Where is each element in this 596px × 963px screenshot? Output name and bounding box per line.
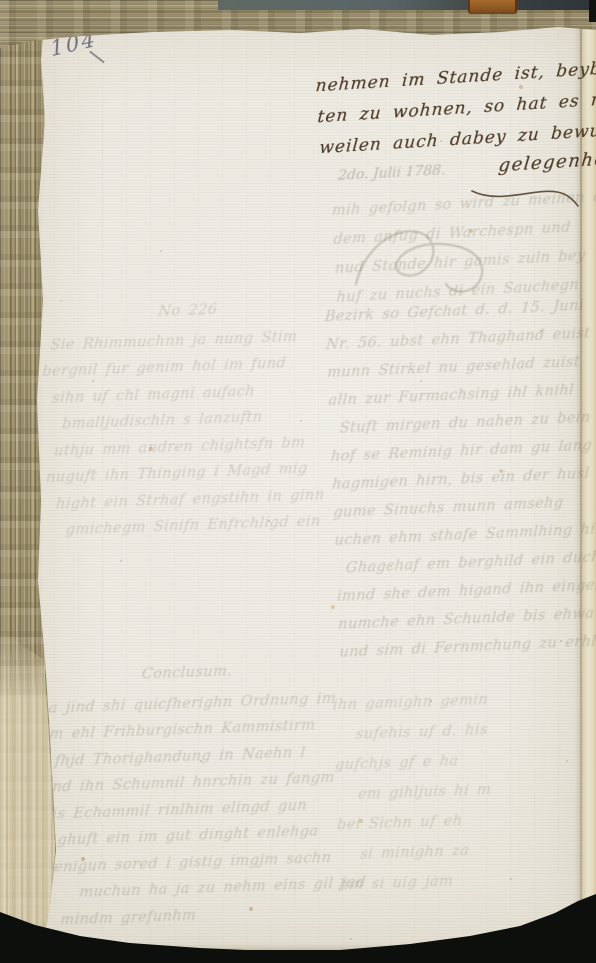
background-corner xyxy=(589,0,596,22)
ghost-conclusum-heading: Conclusum. xyxy=(141,655,331,688)
ghost-right-column-block: Bezirk so Gefchat d. d. 15. JuniNr. 56. … xyxy=(324,291,596,667)
book-photo: 104 nehmen im Stande ist, beybehalten zu… xyxy=(0,0,596,963)
ghost-flourish-swirl xyxy=(338,214,523,306)
bookmark-ribbon xyxy=(468,0,517,14)
book-cover-strip xyxy=(218,0,596,10)
ghost-left-heading: No 226 xyxy=(157,293,329,326)
ghost-lower-right-block: ihn gamighn geminsufehis uf d. hisgufchj… xyxy=(332,682,596,901)
signature-flourish xyxy=(468,182,580,208)
ghost-left-block: No 226 Sie Rhimmuchnn ja nung Stimbergni… xyxy=(40,293,336,544)
ink-text-block: nehmen im Stande ist, beybehalten zu woh… xyxy=(315,53,596,192)
ghost-lower-left-block: Conclusum. ha jind shi quicfherighn Ordn… xyxy=(37,655,338,934)
